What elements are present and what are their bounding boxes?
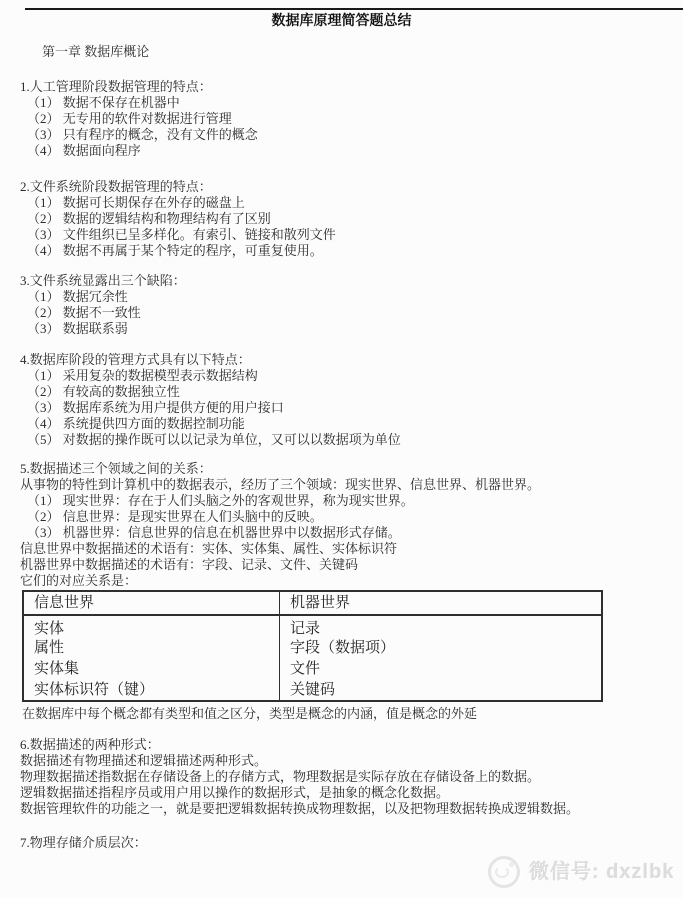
list-item: （4） 数据不再属于某个特定的程序，可重复使用。 (20, 243, 673, 259)
table-cell: 实体 (24, 616, 279, 637)
paragraph-line: 从事物的特性到计算机中的数据表示，经历了三个领域：现实世界、信息世界、机器世界。 (20, 477, 673, 493)
list-item: （2） 有较高的数据独立性 (20, 384, 673, 400)
document-title: 数据库原理简答题总结 (0, 12, 683, 28)
paragraph-line: 信息世界中数据描述的术语有：实体、实体集、属性、实体标识符 (20, 541, 673, 557)
section-2: 2.文件系统阶段数据管理的特点： （1） 数据可长期保存在外存的磁盘上 （2） … (20, 179, 673, 259)
top-rule (25, 8, 683, 10)
section-4: 4.数据库阶段的管理方式具有以下特点： （1） 采用复杂的数据模型表示数据结构 … (20, 352, 673, 448)
list-item: （2） 无专用的软件对数据进行管理 (20, 111, 673, 127)
list-item: （3） 只有程序的概念，没有文件的概念 (20, 127, 673, 143)
table-cell: 记录 (279, 616, 601, 637)
list-item: （5） 对数据的操作既可以以记录为单位，又可以以数据项为单位 (20, 432, 673, 448)
note-after-table: 在数据库中每个概念都有类型和值之区分，类型是概念的内涵，值是概念的外延 (22, 706, 477, 722)
list-item: （1） 数据冗余性 (20, 289, 673, 305)
list-item: （4） 系统提供四方面的数据控制功能 (20, 416, 673, 432)
list-item: （4） 数据面向程序 (20, 143, 673, 159)
wechat-logo-icon (488, 856, 520, 888)
table-row: 实体集 文件 (24, 658, 601, 679)
table-cell: 实体标识符（键） (24, 679, 279, 700)
section-1: 1.人工管理阶段数据管理的特点： （1） 数据不保存在机器中 （2） 无专用的软… (20, 79, 673, 159)
section-7-heading: 7.物理存储介质层次： (20, 835, 673, 851)
paragraph-line: 逻辑数据描述指程序员或用户用以操作的数据形式，是抽象的概念化数据。 (20, 785, 673, 801)
paragraph-line: 数据描述有物理描述和逻辑描述两种形式。 (20, 753, 673, 769)
section-5: 5.数据描述三个领域之间的关系： 从事物的特性到计算机中的数据表示，经历了三个领… (20, 461, 673, 589)
table-row: 实体 记录 (24, 616, 601, 637)
table-cell: 文件 (279, 658, 601, 679)
watermark: 微信号: dxzlbk (488, 856, 674, 888)
list-item: （1） 数据可长期保存在外存的磁盘上 (20, 195, 673, 211)
list-item: （2） 信息世界：是现实世界在人们头脑中的反映。 (20, 509, 673, 525)
section-3: 3.文件系统显露出三个缺陷： （1） 数据冗余性 （2） 数据不一致性 （3） … (20, 273, 673, 337)
table-header-row: 信息世界 机器世界 (24, 592, 601, 616)
list-item: （3） 数据联系弱 (20, 321, 673, 337)
paragraph-line: 机器世界中数据描述的术语有：字段、记录、文件、关键码 (20, 557, 673, 573)
list-item: （1） 采用复杂的数据模型表示数据结构 (20, 368, 673, 384)
section-2-heading: 2.文件系统阶段数据管理的特点： (20, 179, 673, 195)
document-page: 数据库原理简答题总结 第一章 数据库概论 1.人工管理阶段数据管理的特点： （1… (0, 0, 683, 898)
list-item: （2） 数据不一致性 (20, 305, 673, 321)
list-item: （3） 数据库系统为用户提供方便的用户接口 (20, 400, 673, 416)
table-cell: 关键码 (279, 679, 601, 700)
table-row: 属性 字段（数据项） (24, 637, 601, 658)
section-4-heading: 4.数据库阶段的管理方式具有以下特点： (20, 352, 673, 368)
list-item: （3） 机器世界：信息世界的信息在机器世界中以数据形式存储。 (20, 525, 673, 541)
list-item: （2） 数据的逻辑结构和物理结构有了区别 (20, 211, 673, 227)
section-6: 6.数据描述的两种形式： 数据描述有物理描述和逻辑描述两种形式。 物理数据描述指… (20, 737, 673, 817)
section-7: 7.物理存储介质层次： (20, 835, 673, 851)
section-6-heading: 6.数据描述的两种形式： (20, 737, 673, 753)
table-cell: 字段（数据项） (279, 637, 601, 658)
table-header-machine-world: 机器世界 (279, 592, 601, 614)
paragraph-line: 物理数据描述指数据在存储设备上的存储方式，物理数据是实际存放在存储设备上的数据。 (20, 769, 673, 785)
table-row: 实体标识符（键） 关键码 (24, 679, 601, 700)
paragraph-line: 它们的对应关系是： (20, 573, 673, 589)
correspondence-table: 信息世界 机器世界 实体 记录 属性 字段（数据项） 实体集 文件 实体标识符（… (22, 590, 603, 702)
table-cell: 属性 (24, 637, 279, 658)
list-item: （1） 现实世界：存在于人们头脑之外的客观世界，称为现实世界。 (20, 493, 673, 509)
chapter-heading: 第一章 数据库概论 (42, 44, 149, 60)
table-header-info-world: 信息世界 (24, 592, 279, 614)
table-cell: 实体集 (24, 658, 279, 679)
section-3-heading: 3.文件系统显露出三个缺陷： (20, 273, 673, 289)
section-1-heading: 1.人工管理阶段数据管理的特点： (20, 79, 673, 95)
section-5-heading: 5.数据描述三个领域之间的关系： (20, 461, 673, 477)
list-item: （3） 文件组织已呈多样化。有索引、链接和散列文件 (20, 227, 673, 243)
list-item: （1） 数据不保存在机器中 (20, 95, 673, 111)
watermark-text: 微信号: dxzlbk (529, 864, 674, 880)
paragraph-line: 数据管理软件的功能之一，就是要把逻辑数据转换成物理数据，以及把物理数据转换成逻辑… (20, 801, 673, 817)
